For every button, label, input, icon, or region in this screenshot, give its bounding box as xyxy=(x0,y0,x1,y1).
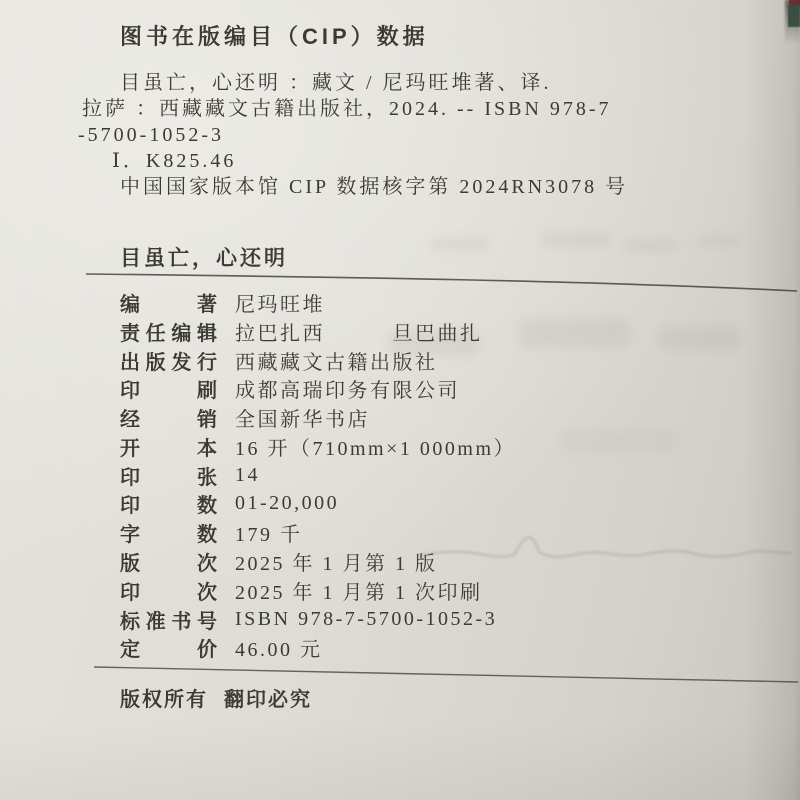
colophon-value: 全国新华书店 xyxy=(235,403,370,432)
cip-record-line: -5700-1052-3 xyxy=(78,122,738,148)
colophon-label: 标准书号 xyxy=(120,605,217,634)
colophon-label: 责任编辑 xyxy=(120,317,217,346)
colophon-value: ISBN 978-7-5700-1052-3 xyxy=(235,608,497,631)
colophon-label: 出版发行 xyxy=(120,346,217,375)
colophon-row: 出版发行 西藏藏文古籍出版社 xyxy=(120,346,740,375)
cip-record: 目虽亡，心还明 ：藏文 / 尼玛旺堆著、译. 拉萨 ：西藏藏文古籍出版社，202… xyxy=(78,70,738,200)
bleedthrough-mark xyxy=(698,236,740,246)
colophon-value: 2025 年 1 月第 1 版 xyxy=(235,547,438,576)
copyright-notice: 版权所有翻印必究 xyxy=(120,683,312,712)
colophon-row: 经销 全国新华书店 xyxy=(120,403,740,432)
colophon-row: 印张 14 xyxy=(120,461,740,490)
cip-data-header: 图书在版编目（CIP）数据 xyxy=(120,20,429,51)
divider-bottom xyxy=(94,667,798,682)
colophon-value: 2025 年 1 月第 1 次印刷 xyxy=(235,576,483,605)
colophon-value: 179 千 xyxy=(235,518,303,547)
colophon-row: 定价 46.00 元 xyxy=(120,634,740,663)
colophon-label: 印张 xyxy=(120,461,217,490)
copyright-notice-right: 翻印必究 xyxy=(224,689,312,711)
colophon-label: 经销 xyxy=(120,403,217,432)
copyright-notice-left: 版权所有 xyxy=(120,689,208,711)
colophon-value: 西藏藏文古籍出版社 xyxy=(235,346,438,375)
colophon-row: 字数 179 千 xyxy=(120,518,740,547)
colophon-label: 开本 xyxy=(120,432,217,461)
colophon-value: 01-20,000 xyxy=(235,492,339,515)
colophon-value: 16 开（710mm×1 000mm） xyxy=(235,432,516,461)
bleedthrough-mark xyxy=(622,240,677,251)
colophon-label: 印数 xyxy=(120,489,217,518)
cip-registration-line: 中国国家版本馆 CIP 数据核字第 2024RN3078 号 xyxy=(78,174,738,200)
colophon-table: 编著 尼玛旺堆 责任编辑 拉巴扎西 旦巴曲扎 出版发行 西藏藏文古籍出版社 印刷… xyxy=(120,288,740,662)
colophon-label: 印次 xyxy=(120,576,217,605)
cip-record-line: 拉萨 ：西藏藏文古籍出版社，2024. -- ISBN 978-7 xyxy=(78,96,738,122)
colophon-value: 尼玛旺堆 xyxy=(235,288,325,317)
colophon-label: 字数 xyxy=(120,518,217,547)
colophon-row: 印数 01-20,000 xyxy=(120,490,740,519)
colophon-row: 编著 尼玛旺堆 xyxy=(120,288,740,317)
bleedthrough-mark xyxy=(430,238,490,250)
colophon-value: 成都高瑞印务有限公司 xyxy=(235,374,460,403)
colophon-label: 印刷 xyxy=(120,374,217,403)
colophon-label: 编著 xyxy=(120,288,217,317)
colophon-row: 开本 16 开（710mm×1 000mm） xyxy=(120,432,740,461)
bleedthrough-mark xyxy=(540,233,612,246)
colophon-row: 印次 2025 年 1 月第 1 次印刷 xyxy=(120,576,740,605)
colophon-label: 版次 xyxy=(120,547,217,576)
colophon-row: 标准书号 ISBN 978-7-5700-1052-3 xyxy=(120,605,740,634)
colophon-row: 印刷 成都高瑞印务有限公司 xyxy=(120,374,740,403)
book-page-photo: 图书在版编目（CIP）数据 目虽亡，心还明 ：藏文 / 尼玛旺堆著、译. 拉萨 … xyxy=(0,0,800,800)
book-title: 目虽亡，心还明 xyxy=(120,242,288,272)
photo-corner-green-book-edge xyxy=(788,5,800,27)
cip-classification-line: Ⅰ．K825.46 xyxy=(78,148,738,174)
colophon-row: 责任编辑 拉巴扎西 旦巴曲扎 xyxy=(120,317,740,346)
colophon-value: 46.00 元 xyxy=(235,633,323,662)
colophon-label: 定价 xyxy=(120,633,217,662)
colophon-value: 拉巴扎西 旦巴曲扎 xyxy=(235,317,483,346)
colophon-value: 14 xyxy=(235,464,260,487)
colophon-row: 版次 2025 年 1 月第 1 版 xyxy=(120,547,740,576)
cip-record-line: 目虽亡，心还明 ：藏文 / 尼玛旺堆著、译. xyxy=(78,70,738,96)
